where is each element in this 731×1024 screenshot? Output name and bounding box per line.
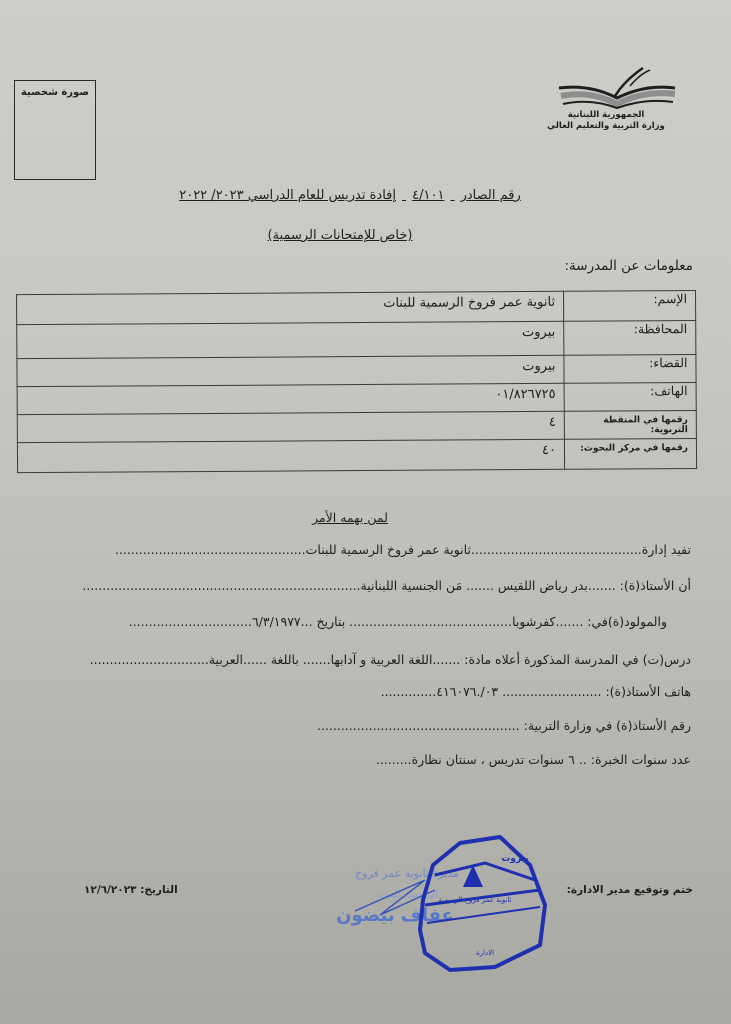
- svg-text:الادارة: الادارة: [476, 949, 494, 957]
- table-row: المحافظة: بيروت: [17, 321, 696, 359]
- official-stamp-icon: مديرة ثانوية عمر فروخ الرسمية للبنات عفا…: [325, 835, 555, 975]
- photo-box: صورة شخصية: [14, 80, 96, 180]
- birthplace-value: كفرشوبا: [512, 614, 555, 629]
- document-title: رقم الصادر ٤/١٠١ إفادة تدريس للعام الدرا…: [160, 188, 540, 203]
- table-row: الإسم: ثانوية عمر فروخ الرسمية للبنات: [17, 291, 696, 325]
- signature-label: ختم وتوقيع مدير الادارة:: [567, 884, 693, 896]
- certificate-line-birth: والمولود(ة)في: .......كفرشوبا...........…: [129, 614, 667, 629]
- experience-value: ٦ سنوات تدريس ، سنتان نظارة: [412, 752, 575, 767]
- table-row: رقمها في المنقطة التربوية: ٤: [17, 411, 696, 443]
- certificate-line-experience: عدد سنوات الخبرة: .. ٦ سنوات تدريس ، سنت…: [376, 752, 691, 767]
- photo-box-label: صورة شخصية: [21, 87, 89, 98]
- reference-label: رقم الصادر: [461, 188, 521, 203]
- date-value: ١٢/٦/٢٠٢٣: [84, 884, 137, 896]
- row-label: القضاء:: [564, 355, 696, 384]
- table-row: القضاء: بيروت: [17, 355, 696, 387]
- document-page: صورة شخصية الجمهورية اللبنانية وزارة الت…: [0, 0, 731, 1024]
- row-label: الإسم:: [564, 291, 696, 322]
- teacher-name-value: بدر رياض اللقيس ....... مَن الجنسية اللب…: [361, 578, 588, 593]
- table-row: رقمها في مركز البحوث: ٤٠: [17, 439, 696, 473]
- birthdate-value: ٦/٣/١٩٧٧: [252, 614, 301, 629]
- row-label: رقمها في مركز البحوث:: [564, 439, 696, 470]
- certificate-line-subject: درس(ت) في المدرسة المذكورة أعلاه مادة: .…: [90, 652, 691, 667]
- row-value: بيروت: [17, 355, 564, 386]
- certificate-line-phone: هاتف الأستاذ(ة): .......................…: [381, 684, 691, 699]
- row-label: المحافظة:: [564, 321, 696, 356]
- row-value: ٤: [17, 411, 564, 442]
- certificate-title: إفادة تدريس للعام الدراسي ٢٠٢٣/ ٢٠٢٢: [179, 188, 396, 203]
- row-label: الهاتف:: [564, 383, 696, 412]
- certificate-line-ministry-number: رقم الأستاذ(ة) في وزارة التربية: .......…: [317, 718, 691, 733]
- date-line: التاريخ: ١٢/٦/٢٠٢٣: [84, 884, 178, 896]
- svg-text:بيروت: بيروت: [501, 854, 528, 864]
- teacher-phone-value: ٠٣/.٤١٦٠٧٦: [436, 684, 498, 699]
- table-row: الهاتف: ٠١/٨٢٦٧٢٥: [17, 383, 696, 415]
- language-value: العربية: [209, 652, 243, 667]
- certificate-line-administration: تفيد إدارة..............................…: [115, 542, 691, 557]
- svg-text:ثانوية عمر فروخ الرسمية: ثانوية عمر فروخ الرسمية: [439, 896, 512, 904]
- logo-republic-text: الجمهورية اللبنانية: [541, 110, 671, 120]
- reference-number: ٤/١٠١: [412, 188, 444, 203]
- row-value: بيروت: [17, 321, 564, 358]
- ministry-logo: الجمهورية اللبنانية وزارة التربية والتعل…: [555, 66, 681, 136]
- row-label: رقمها في المنقطة التربوية:: [564, 411, 696, 440]
- date-label: التاريخ:: [140, 884, 178, 896]
- official-stamp: مديرة ثانوية عمر فروخ الرسمية للبنات عفا…: [325, 835, 555, 975]
- certificate-line-teacher: أن الأستاذ(ة): .......بدر رياض اللقيس ..…: [82, 578, 691, 593]
- school-name-value: ثانوية عمر فروخ الرسمية للبنات: [306, 542, 471, 557]
- school-info-table: الإسم: ثانوية عمر فروخ الرسمية للبنات ال…: [16, 290, 697, 473]
- subject-value: اللغة العربية و آدابها: [331, 652, 433, 667]
- school-info-heading: معلومات عن المدرسة:: [564, 258, 693, 274]
- logo-ministry-text: وزارة التربية والتعليم العالي: [541, 121, 671, 131]
- document-subtitle: (خاص للإمتحانات الرسمية): [240, 228, 440, 243]
- row-value: ٤٠: [17, 439, 564, 472]
- open-book-quill-icon: [555, 66, 681, 110]
- row-value: ٠١/٨٢٦٧٢٥: [17, 383, 564, 414]
- to-whom-heading: لمن يهمه الأمر: [300, 510, 400, 525]
- row-value: ثانوية عمر فروخ الرسمية للبنات: [17, 291, 564, 324]
